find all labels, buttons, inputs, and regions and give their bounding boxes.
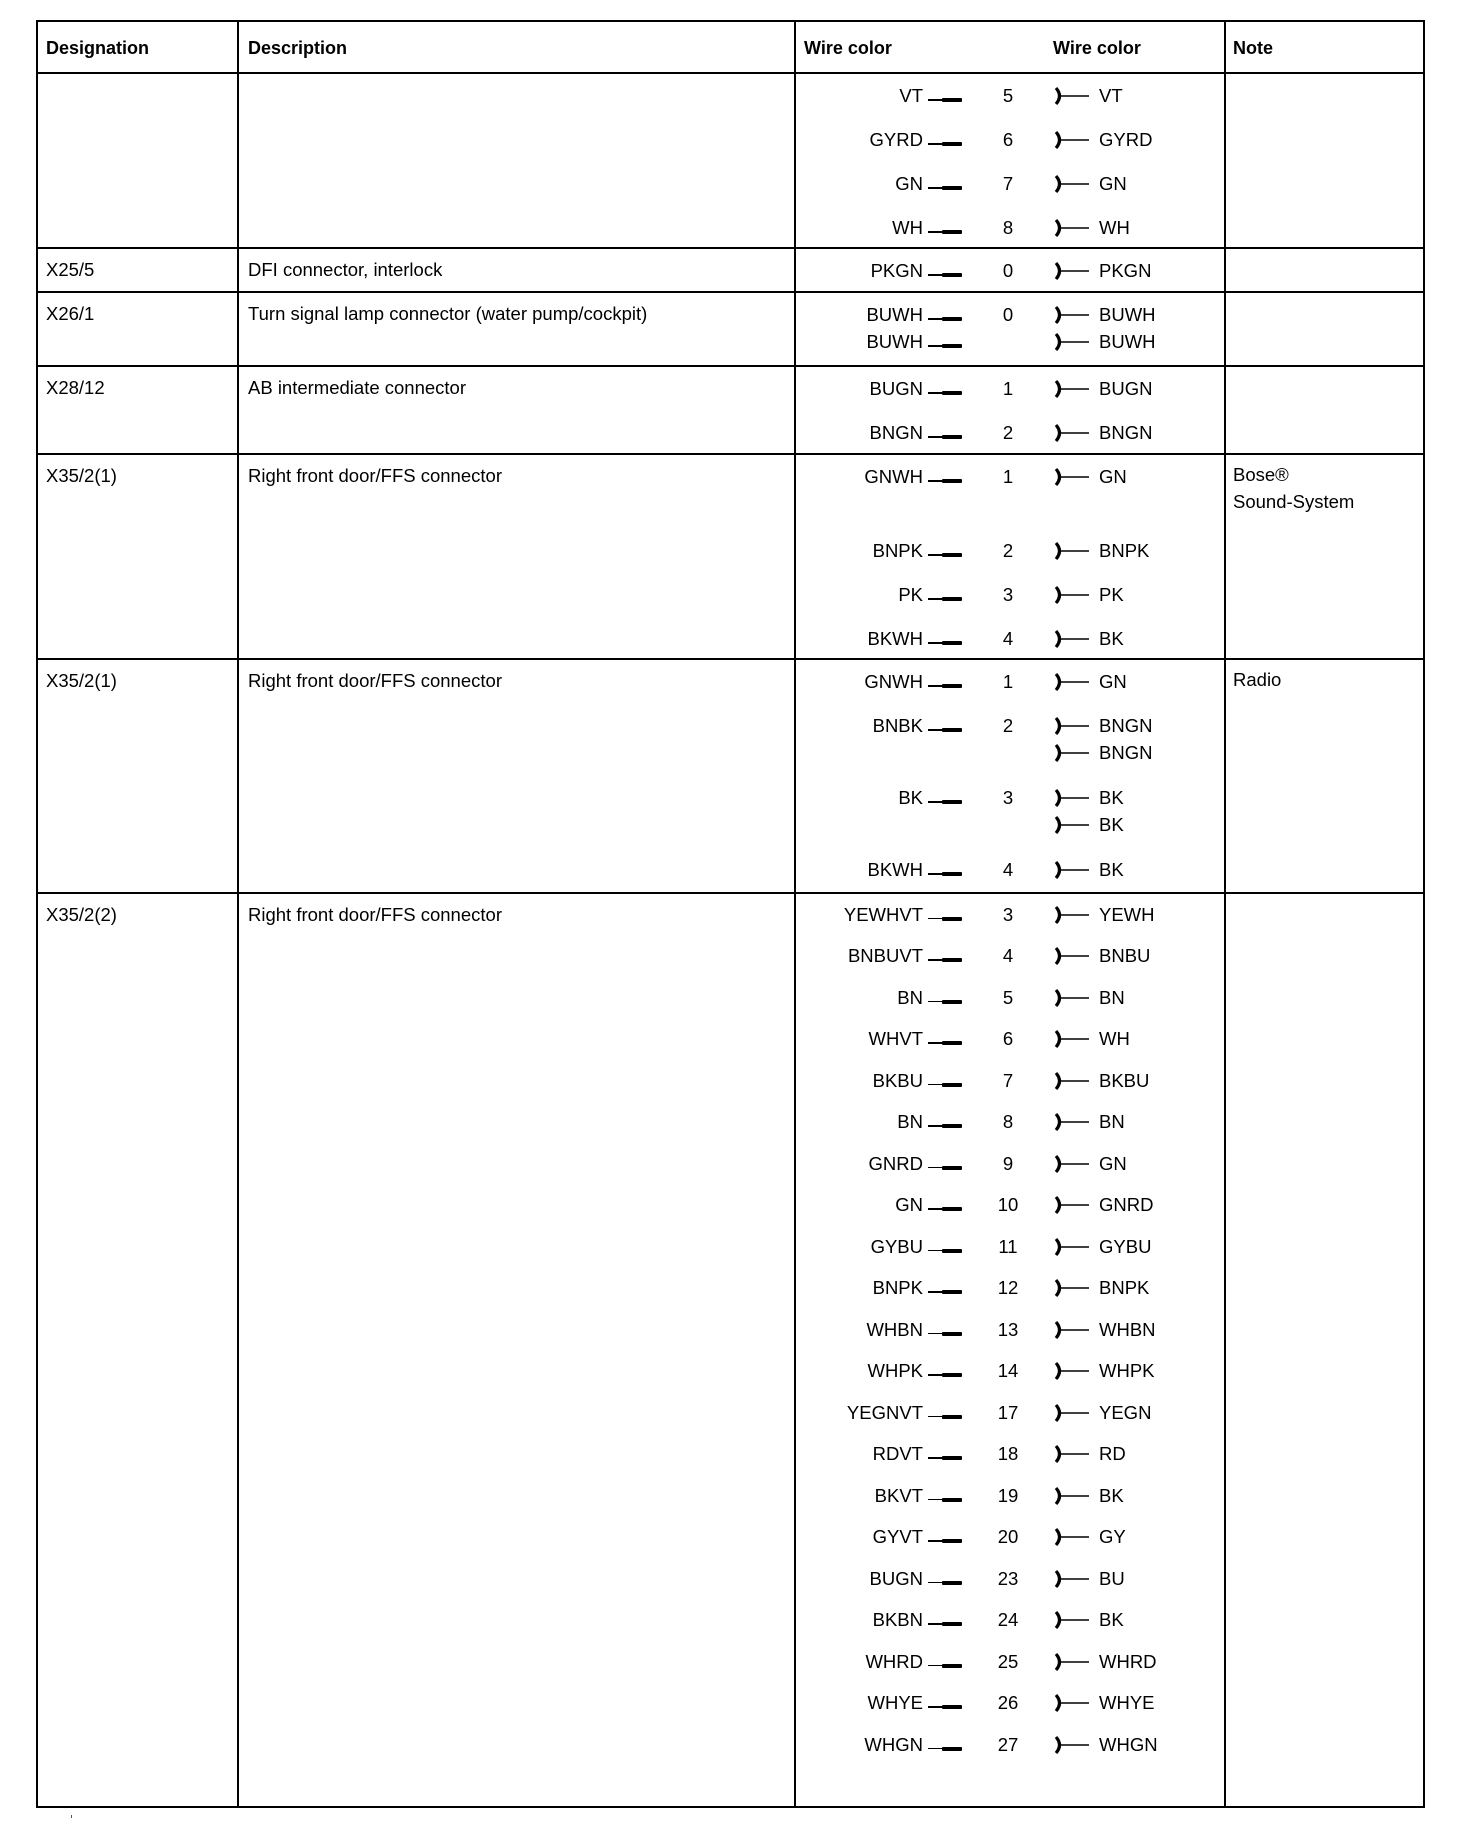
wire-line: WHRD 25 WHRD [796, 1641, 1224, 1683]
wire-line: GNWH 1 GN [796, 455, 1224, 499]
wire-color-right: YEWH [1099, 904, 1155, 926]
pin-plug-icon [928, 1041, 964, 1045]
socket-connector-icon [1053, 423, 1093, 443]
wire-color-right: GY [1099, 1526, 1126, 1548]
pin-number: 8 [988, 217, 1028, 239]
socket-connector-icon [1053, 1610, 1093, 1630]
pin-number: 14 [988, 1360, 1028, 1382]
pin-plug-icon [928, 1083, 964, 1087]
pin-number: 7 [988, 1070, 1028, 1092]
wire-color-left: BUWH [866, 331, 923, 353]
table-row: X35/2(1) Right front door/FFS connector … [38, 455, 1423, 660]
wire-color-cell: BUWH 0 BUWH BUWH BUWH [796, 293, 1226, 365]
wire-color-right: BN [1099, 987, 1125, 1009]
socket-connector-icon [1053, 1527, 1093, 1547]
socket-connector-icon [1053, 743, 1093, 763]
wire-color-right: BK [1099, 859, 1124, 881]
pin-plug-icon [928, 553, 964, 557]
table-header-row: Designation Description Wire color Wire … [38, 22, 1423, 74]
wire-color-right: BNBU [1099, 945, 1150, 967]
wire-color-right: BNPK [1099, 1277, 1149, 1299]
wire-color-right: GYBU [1099, 1236, 1151, 1258]
wire-color-left: GNWH [864, 466, 923, 488]
wire-color-left: BN [897, 1111, 923, 1133]
pin-number: 3 [988, 584, 1028, 606]
socket-connector-icon [1053, 261, 1093, 281]
socket-connector-icon [1053, 988, 1093, 1008]
pin-plug-icon [928, 1622, 964, 1626]
description-cell: AB intermediate connector [239, 367, 796, 453]
pin-number: 4 [988, 945, 1028, 967]
wire-line: WHGN 27 WHGN [796, 1724, 1224, 1766]
pin-plug-icon [928, 273, 964, 277]
wire-color-left: BUGN [870, 1568, 923, 1590]
socket-connector-icon [1053, 905, 1093, 925]
wire-color-right: BUGN [1099, 378, 1152, 400]
wire-line: BNGN 2 BNGN [796, 411, 1224, 455]
wire-color-cell: YEWHVT 3 YEWH BNBUVT 4 BNBU BN 5 [796, 894, 1226, 1806]
pin-number: 2 [988, 715, 1028, 737]
wire-color-left: YEWHVT [844, 904, 923, 926]
note-text: Radio [1233, 666, 1423, 693]
pin-plug-icon [928, 186, 964, 190]
pin-plug-icon [928, 1207, 964, 1211]
wire-line: GNRD 9 GN [796, 1143, 1224, 1185]
wire-color-right: BNGN [1099, 742, 1152, 764]
wire-line: BUWH BUWH [796, 327, 1224, 357]
pin-plug-icon [928, 230, 964, 234]
wire-color-left: WHGN [864, 1734, 923, 1756]
wire-color-left: GNWH [864, 671, 923, 693]
socket-connector-icon [1053, 1361, 1093, 1381]
wire-color-right: WH [1099, 217, 1130, 239]
socket-connector-icon [1053, 716, 1093, 736]
wire-line: BNGN [796, 738, 1224, 768]
socket-connector-icon [1053, 1237, 1093, 1257]
wire-color-right: BN [1099, 1111, 1125, 1133]
wire-color-right: PKGN [1099, 260, 1151, 282]
pin-number: 24 [988, 1609, 1028, 1631]
table-row: X35/2(1) Right front door/FFS connector … [38, 660, 1423, 894]
wire-color-right: BNPK [1099, 540, 1149, 562]
pin-plug-icon [928, 872, 964, 876]
wire-line: YEGNVT 17 YEGN [796, 1392, 1224, 1434]
wire-line: BKWH 4 BK [796, 848, 1224, 892]
pin-number: 6 [988, 129, 1028, 151]
wire-line: RDVT 18 RD [796, 1434, 1224, 1476]
socket-connector-icon [1053, 541, 1093, 561]
wire-color-right: BUWH [1099, 331, 1156, 353]
wire-color-left: BKBN [873, 1609, 923, 1631]
wire-line: PKGN 0 PKGN [796, 249, 1224, 293]
wire-line: WH 8 WH [796, 206, 1224, 250]
wire-color-left: YEGNVT [847, 1402, 923, 1424]
wire-line: WHYE 26 WHYE [796, 1683, 1224, 1725]
wire-line: BN 8 BN [796, 1102, 1224, 1144]
wire-color-cell: BUGN 1 BUGN BNGN 2 BNGN [796, 367, 1226, 453]
wire-line: GN 7 GN [796, 162, 1224, 206]
wire-color-left: GNRD [869, 1153, 923, 1175]
socket-connector-icon [1053, 86, 1093, 106]
pin-number: 12 [988, 1277, 1028, 1299]
pin-number: 10 [988, 1194, 1028, 1216]
wire-line: PK 3 PK [796, 573, 1224, 617]
socket-connector-icon [1053, 1195, 1093, 1215]
pin-plug-icon [928, 344, 964, 348]
wire-line: BNPK 2 BNPK [796, 529, 1224, 573]
wire-color-left: PK [898, 584, 923, 606]
table-row: X35/2(2) Right front door/FFS connector … [38, 894, 1423, 1808]
note-cell [1226, 74, 1423, 247]
wire-line: VT 5 VT [796, 74, 1224, 118]
pin-plug-icon [928, 728, 964, 732]
wire-line: BK [796, 810, 1224, 840]
wire-color-left: BUGN [870, 378, 923, 400]
wire-color-right: RD [1099, 1443, 1126, 1465]
pin-number: 1 [988, 466, 1028, 488]
socket-connector-icon [1053, 672, 1093, 692]
pin-plug-icon [928, 1124, 964, 1128]
description-cell: Right front door/FFS connector [239, 894, 796, 1806]
wire-color-left: BNBK [873, 715, 923, 737]
wire-line: GNWH 1 GN [796, 660, 1224, 704]
column-header-wire-color-right: Wire color [1053, 22, 1141, 74]
description-cell [239, 74, 796, 247]
pin-number: 17 [988, 1402, 1028, 1424]
table-row: X26/1 Turn signal lamp connector (water … [38, 293, 1423, 367]
wire-color-left: BKWH [868, 859, 924, 881]
wire-color-left: BNPK [873, 1277, 923, 1299]
pin-plug-icon [928, 1747, 964, 1751]
pin-plug-icon [928, 1290, 964, 1294]
pin-number: 5 [988, 85, 1028, 107]
wire-color-cell: GNWH 1 GN BNBK 2 BNGN [796, 660, 1226, 892]
wire-color-right: GNRD [1099, 1194, 1153, 1216]
pin-number: 20 [988, 1526, 1028, 1548]
wire-color-left: WH [892, 217, 923, 239]
wire-color-right: BKBU [1099, 1070, 1149, 1092]
wire-color-right: PK [1099, 584, 1124, 606]
column-header-wire-color-group: Wire color Wire color [796, 22, 1226, 72]
table-row: VT 5 VT GYRD 6 GYRD GN 7 [38, 74, 1423, 249]
pin-number: 9 [988, 1153, 1028, 1175]
pin-number: 4 [988, 628, 1028, 650]
wire-color-left: WHVT [869, 1028, 923, 1050]
pin-plug-icon [928, 1373, 964, 1377]
wire-color-right: GYRD [1099, 129, 1152, 151]
wire-color-left: BK [898, 787, 923, 809]
pin-plug-icon [928, 391, 964, 395]
pin-number: 1 [988, 671, 1028, 693]
pin-plug-icon [928, 917, 964, 921]
wire-color-left: GYVT [873, 1526, 923, 1548]
socket-connector-icon [1053, 1112, 1093, 1132]
note-cell: Radio [1226, 660, 1423, 892]
wire-color-left: GN [895, 173, 923, 195]
column-header-wire-color-left: Wire color [804, 38, 892, 58]
column-header-description: Description [239, 22, 796, 72]
wire-color-right: WHGN [1099, 1734, 1158, 1756]
wire-color-left: GYRD [870, 129, 923, 151]
wire-color-left: BNPK [873, 540, 923, 562]
pin-plug-icon [928, 958, 964, 962]
socket-connector-icon [1053, 585, 1093, 605]
note-text: Bose® [1233, 461, 1423, 488]
pin-plug-icon [928, 142, 964, 146]
socket-connector-icon [1053, 174, 1093, 194]
table-row: X25/5 DFI connector, interlock PKGN 0 PK… [38, 249, 1423, 293]
pin-number: 5 [988, 987, 1028, 1009]
wire-color-right: WHBN [1099, 1319, 1156, 1341]
wire-color-left: WHPK [868, 1360, 924, 1382]
description-cell: Turn signal lamp connector (water pump/c… [239, 293, 796, 365]
wire-line: GN 10 GNRD [796, 1185, 1224, 1227]
wire-color-left: RDVT [873, 1443, 923, 1465]
column-header-designation: Designation [38, 22, 239, 72]
wire-line: BUGN 1 BUGN [796, 367, 1224, 411]
wire-line: BKBN 24 BK [796, 1600, 1224, 1642]
wire-color-right: BK [1099, 1485, 1124, 1507]
wire-color-right: YEGN [1099, 1402, 1151, 1424]
designation-cell: X35/2(1) [38, 660, 239, 892]
pin-number: 11 [988, 1236, 1028, 1258]
socket-connector-icon [1053, 946, 1093, 966]
note-cell: Bose®Sound-System [1226, 455, 1423, 658]
socket-connector-icon [1053, 332, 1093, 352]
pin-plug-icon [928, 641, 964, 645]
wire-color-left: GYBU [871, 1236, 923, 1258]
designation-cell [38, 74, 239, 247]
note-cell [1226, 894, 1423, 1806]
designation-cell: X28/12 [38, 367, 239, 453]
column-header-note: Note [1226, 22, 1423, 72]
wire-color-right: GN [1099, 671, 1127, 693]
pin-plug-icon [928, 1249, 964, 1253]
pin-number: 2 [988, 422, 1028, 444]
pin-plug-icon [928, 1705, 964, 1709]
pin-number: 18 [988, 1443, 1028, 1465]
table-row: X28/12 AB intermediate connector BUGN 1 … [38, 367, 1423, 455]
wire-line: BKWH 4 BK [796, 617, 1224, 661]
wire-color-left: PKGN [871, 260, 923, 282]
pin-plug-icon [928, 1415, 964, 1419]
pin-number: 3 [988, 904, 1028, 926]
wire-line: BUGN 23 BU [796, 1558, 1224, 1600]
pin-number: 4 [988, 859, 1028, 881]
pin-plug-icon [928, 435, 964, 439]
socket-connector-icon [1053, 130, 1093, 150]
wire-color-left: VT [899, 85, 923, 107]
pin-number: 13 [988, 1319, 1028, 1341]
wire-color-left: BUWH [866, 304, 923, 326]
socket-connector-icon [1053, 788, 1093, 808]
pin-number: 27 [988, 1734, 1028, 1756]
pin-plug-icon [928, 1332, 964, 1336]
designation-cell: X25/5 [38, 249, 239, 291]
wire-color-right: BNGN [1099, 422, 1152, 444]
wire-color-left: GN [895, 1194, 923, 1216]
wire-line: BKVT 19 BK [796, 1475, 1224, 1517]
wire-line: WHPK 14 WHPK [796, 1351, 1224, 1393]
wire-color-right: WH [1099, 1028, 1130, 1050]
pin-plug-icon [928, 1498, 964, 1502]
pin-number: 26 [988, 1692, 1028, 1714]
note-cell [1226, 367, 1423, 453]
socket-connector-icon [1053, 629, 1093, 649]
wire-color-left: BNGN [870, 422, 923, 444]
wire-line: BKBU 7 BKBU [796, 1060, 1224, 1102]
wire-line: GYBU 11 GYBU [796, 1226, 1224, 1268]
wire-line: GYRD 6 GYRD [796, 118, 1224, 162]
socket-connector-icon [1053, 1693, 1093, 1713]
socket-connector-icon [1053, 305, 1093, 325]
wire-color-left: WHRD [865, 1651, 923, 1673]
pin-number: 0 [988, 304, 1028, 326]
wire-color-right: BK [1099, 787, 1124, 809]
pin-plug-icon [928, 1581, 964, 1585]
note-cell [1226, 293, 1423, 365]
wire-line: BNBUVT 4 BNBU [796, 936, 1224, 978]
socket-connector-icon [1053, 1154, 1093, 1174]
socket-connector-icon [1053, 1735, 1093, 1755]
pin-plug-icon [928, 98, 964, 102]
wire-color-right: GN [1099, 1153, 1127, 1175]
pin-plug-icon [928, 317, 964, 321]
wire-color-right: WHPK [1099, 1360, 1155, 1382]
wire-color-left: BKVT [875, 1485, 923, 1507]
wire-color-right: BNGN [1099, 715, 1152, 737]
socket-connector-icon [1053, 1486, 1093, 1506]
wire-line: WHBN 13 WHBN [796, 1309, 1224, 1351]
wire-color-right: BU [1099, 1568, 1125, 1590]
designation-cell: X35/2(2) [38, 894, 239, 1806]
wire-color-cell: GNWH 1 GN BNPK 2 BNPK PK 3 [796, 455, 1226, 658]
note-text: Sound-System [1233, 488, 1423, 515]
wire-color-right: GN [1099, 466, 1127, 488]
wire-line: BNPK 12 BNPK [796, 1268, 1224, 1310]
wire-color-left: BKWH [868, 628, 924, 650]
socket-connector-icon [1053, 1444, 1093, 1464]
pin-plug-icon [928, 1664, 964, 1668]
socket-connector-icon [1053, 1320, 1093, 1340]
pin-number: 2 [988, 540, 1028, 562]
pin-number: 7 [988, 173, 1028, 195]
wire-color-left: WHYE [868, 1692, 924, 1714]
pin-number: 19 [988, 1485, 1028, 1507]
wire-color-left: WHBN [866, 1319, 923, 1341]
wire-color-cell: VT 5 VT GYRD 6 GYRD GN 7 [796, 74, 1226, 247]
pin-number: 3 [988, 787, 1028, 809]
socket-connector-icon [1053, 379, 1093, 399]
note-cell [1226, 249, 1423, 291]
socket-connector-icon [1053, 815, 1093, 835]
pin-plug-icon [928, 597, 964, 601]
pin-plug-icon [928, 1456, 964, 1460]
socket-connector-icon [1053, 1278, 1093, 1298]
wire-color-right: WHRD [1099, 1651, 1157, 1673]
pin-number: 25 [988, 1651, 1028, 1673]
wire-color-right: GN [1099, 173, 1127, 195]
socket-connector-icon [1053, 1569, 1093, 1589]
wire-color-right: BK [1099, 814, 1124, 836]
socket-connector-icon [1053, 1071, 1093, 1091]
pin-number: 0 [988, 260, 1028, 282]
socket-connector-icon [1053, 860, 1093, 880]
wire-line: YEWHVT 3 YEWH [796, 894, 1224, 936]
socket-connector-icon [1053, 1403, 1093, 1423]
wire-color-right: VT [1099, 85, 1123, 107]
wire-color-left: BNBUVT [848, 945, 923, 967]
pin-plug-icon [928, 1166, 964, 1170]
wire-color-left: BKBU [873, 1070, 923, 1092]
description-cell: Right front door/FFS connector [239, 660, 796, 892]
pin-plug-icon [928, 684, 964, 688]
wire-color-right: WHYE [1099, 1692, 1155, 1714]
wire-color-right: BK [1099, 1609, 1124, 1631]
pin-number: 6 [988, 1028, 1028, 1050]
wire-line: BN 5 BN [796, 977, 1224, 1019]
pin-plug-icon [928, 1000, 964, 1004]
wire-color-cell: PKGN 0 PKGN [796, 249, 1226, 291]
pin-number: 23 [988, 1568, 1028, 1590]
pin-number: 8 [988, 1111, 1028, 1133]
wire-color-left: BN [897, 987, 923, 1009]
pin-plug-icon [928, 1539, 964, 1543]
socket-connector-icon [1053, 1652, 1093, 1672]
wire-color-right: BK [1099, 628, 1124, 650]
description-cell: DFI connector, interlock [239, 249, 796, 291]
scan-speck [71, 1815, 72, 1818]
designation-cell: X26/1 [38, 293, 239, 365]
socket-connector-icon [1053, 218, 1093, 238]
wire-line: WHVT 6 WH [796, 1019, 1224, 1061]
socket-connector-icon [1053, 1029, 1093, 1049]
designation-cell: X35/2(1) [38, 455, 239, 658]
wire-line: GYVT 20 GY [796, 1517, 1224, 1559]
pin-plug-icon [928, 800, 964, 804]
pin-plug-icon [928, 479, 964, 483]
socket-connector-icon [1053, 467, 1093, 487]
pin-number: 1 [988, 378, 1028, 400]
description-cell: Right front door/FFS connector [239, 455, 796, 658]
wire-color-right: BUWH [1099, 304, 1156, 326]
wiring-connector-table: Designation Description Wire color Wire … [36, 20, 1425, 1808]
document-page: Designation Description Wire color Wire … [0, 0, 1472, 1828]
